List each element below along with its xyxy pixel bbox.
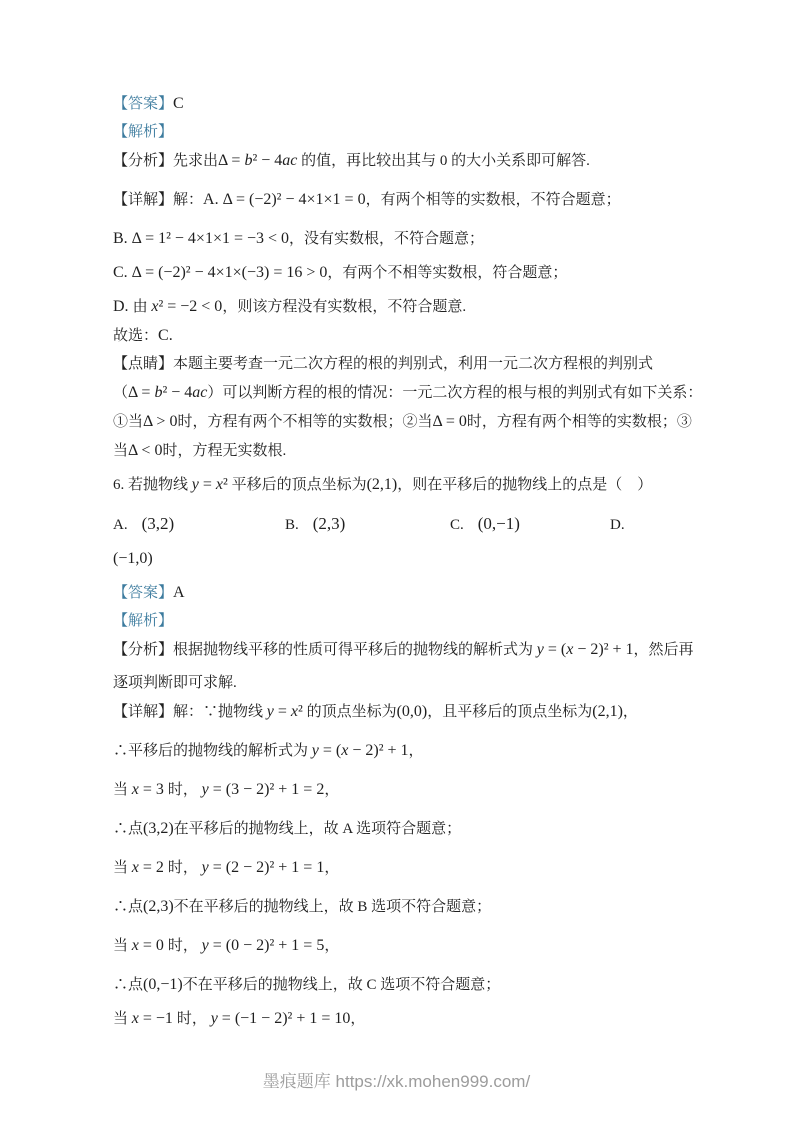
math-variable: x xyxy=(132,781,139,798)
math-segment: C. Δ = (−2)² − 4×1×(−3) = 16 > 0 xyxy=(113,264,327,281)
math-segment: = (2 − 2)² + 1 = 1 xyxy=(209,859,325,876)
text-segment: ， xyxy=(350,1011,365,1027)
text-segment: 时，方程有两个不相等的实数根；②当 xyxy=(177,414,432,430)
math-segment: = xyxy=(199,476,216,493)
fenxi-5-line: 【分析】先求出Δ = b² − 4ac 的值，再比较出其与 0 的大小关系即可解… xyxy=(113,149,685,173)
text-segment: 由 xyxy=(133,299,152,315)
math-variable: y xyxy=(267,703,274,720)
math-segment: ² − 4 xyxy=(252,152,282,169)
text-segment: 时，方程有两个相等的实数根；③ xyxy=(467,414,692,430)
text-segment: ，然后再 xyxy=(634,642,694,658)
section-label: 【答案】 xyxy=(113,585,173,601)
text-segment: 时， xyxy=(168,938,202,954)
option-value: (3,2) xyxy=(142,512,175,535)
math-segment: (2,1) xyxy=(367,476,398,493)
text-segment: 不在平移后的抛物线上，故 C 选项不符合题意； xyxy=(183,977,501,993)
math-segment: = ( xyxy=(544,641,566,658)
fenxi-6-line-2: 逐项判断即可求解. xyxy=(113,672,685,695)
text-segment: ）可以判断方程的根的情况：一元二次方程的根与根的判别式有如下关系： xyxy=(207,385,702,401)
xiangjie-6-line-6: ∴点(2,3)不在平移后的抛物线上，故 B 选项不符合题意； xyxy=(113,895,685,919)
text-segment: 【详解】解： xyxy=(113,192,203,208)
math-variable: y xyxy=(537,641,544,658)
math-segment: − 2)² + 1 xyxy=(573,641,633,658)
text-segment: 6. 若抛物线 xyxy=(113,477,192,493)
math-segment: (3,2) xyxy=(143,820,174,837)
text-segment: 当 xyxy=(113,860,132,876)
text-segment: ，没有实数根，不符合题意； xyxy=(289,231,484,247)
option-letter: D. xyxy=(610,514,625,537)
math-segment: A. Δ = (−2)² − 4×1×1 = 0 xyxy=(203,191,366,208)
text-segment: 平移后的顶点坐标为 xyxy=(228,477,367,493)
math-segment: = (3 − 2)² + 1 = 2 xyxy=(209,781,325,798)
text-segment: 时， xyxy=(168,782,202,798)
math-variable: y xyxy=(202,781,209,798)
math-segment: = (0 − 2)² + 1 = 5 xyxy=(209,937,325,954)
text-segment: 在平移后的抛物线上，故 A 选项符合题意； xyxy=(174,821,462,837)
text-segment: （ xyxy=(113,385,128,401)
math-segment: (−1,0) xyxy=(113,550,153,567)
section-label: 【解析】 xyxy=(113,613,173,629)
text-segment: ∴平移后的抛物线的解析式为 xyxy=(113,743,312,759)
option-d-value-line: (−1,0) xyxy=(113,547,685,571)
dianjing-5-line-4: 当Δ < 0时，方程无实数根. xyxy=(113,439,685,463)
math-segment: = ( xyxy=(319,742,341,759)
math-variable: x xyxy=(291,703,298,720)
math-segment: = 2 xyxy=(139,859,168,876)
option-c-analysis-line: C. Δ = (−2)² − 4×1×(−3) = 16 > 0，有两个不相等实… xyxy=(113,261,685,285)
xiangjie-5-option-a-line: 【详解】解：A. Δ = (−2)² − 4×1×1 = 0，有两个相等的实数根… xyxy=(113,188,685,212)
math-variable: x xyxy=(216,476,223,493)
math-segment: C. xyxy=(158,327,173,344)
math-variable: y xyxy=(211,1010,218,1027)
math-segment: = (−1 − 2)² + 1 = 10 xyxy=(218,1010,351,1027)
math-segment: Δ < 0 xyxy=(128,442,162,459)
text-segment: ，且平移后的顶点坐标为 xyxy=(427,704,592,720)
option-letter: C. xyxy=(450,514,464,537)
math-variable: y xyxy=(202,859,209,876)
math-segment: (2,3) xyxy=(143,898,174,915)
xiangjie-6-line-1: 【详解】解：∵抛物线 y = x² 的顶点坐标为(0,0)，且平移后的顶点坐标为… xyxy=(113,700,685,724)
option-b: B.(2,3) xyxy=(285,512,450,537)
text-segment: 当 xyxy=(113,443,128,459)
text-segment: ，有两个不相等实数根，符合题意； xyxy=(327,265,567,281)
text-segment: 故选： xyxy=(113,328,158,344)
math-variable: ac xyxy=(192,384,207,401)
text-segment: 当 xyxy=(113,938,132,954)
math-variable: x xyxy=(132,937,139,954)
text-segment: 【分析】先求出 xyxy=(113,153,218,169)
math-segment: Δ > 0 xyxy=(143,413,177,430)
xiangjie-6-line-8: ∴点(0,−1)不在平移后的抛物线上，故 C 选项不符合题意； xyxy=(113,973,685,997)
text-segment: ∴点 xyxy=(113,899,143,915)
math-segment: (2,1) xyxy=(592,703,623,720)
math-segment: ² = −2 < 0 xyxy=(158,298,222,315)
math-variable: x xyxy=(132,859,139,876)
text-segment: 时，方程无实数根. xyxy=(162,443,286,459)
math-segment: D. xyxy=(113,298,133,315)
text-segment: ①当 xyxy=(113,414,143,430)
math-segment: − 2)² + 1 xyxy=(348,742,408,759)
guxuan-5-line: 故选：C. xyxy=(113,324,685,348)
footer-site-url-text: 墨痕题库 https://xk.mohen999.com/ xyxy=(263,1072,530,1091)
text-segment: ， xyxy=(324,782,339,798)
math-segment: C xyxy=(173,95,184,112)
section-label: 【答案】 xyxy=(113,96,173,112)
text-segment: ， xyxy=(623,704,638,720)
fenxi-6-line-1: 【分析】根据抛物线平移的性质可得平移后的抛物线的解析式为 y = (x − 2)… xyxy=(113,638,685,662)
option-d: D. xyxy=(610,514,639,537)
option-letter: A. xyxy=(113,514,128,537)
text-segment: ，则该方程没有实数根，不符合题意. xyxy=(222,299,466,315)
math-segment: B. Δ = 1² − 4×1×1 = −3 < 0 xyxy=(113,230,289,247)
text-segment: 时， xyxy=(177,1011,211,1027)
text-segment: ， xyxy=(324,860,339,876)
math-variable: y xyxy=(312,742,319,759)
text-segment: 时， xyxy=(168,860,202,876)
text-segment: ∴点 xyxy=(113,977,143,993)
option-a: A.(3,2) xyxy=(113,512,285,537)
dianjing-5-line-2: （Δ = b² − 4ac）可以判断方程的根的情况：一元二次方程的根与根的判别式… xyxy=(113,381,685,405)
xiangjie-6-line-9: 当 x = −1 时， y = (−1 − 2)² + 1 = 10， xyxy=(113,1007,685,1031)
text-segment: ，有两个相等的实数根，不符合题意； xyxy=(366,192,621,208)
text-segment: 的值，再比较出其与 0 的大小关系即可解答. xyxy=(297,153,590,169)
exam-solution-content: 【答案】C【解析】【分析】先求出Δ = b² − 4ac 的值，再比较出其与 0… xyxy=(113,92,685,1031)
answer-5-line: 【答案】C xyxy=(113,92,685,116)
math-segment: = 0 xyxy=(139,937,168,954)
option-letter: B. xyxy=(285,514,299,537)
jiexi-6-line: 【解析】 xyxy=(113,610,685,633)
option-d-analysis-line: D. 由 x² = −2 < 0，则该方程没有实数根，不符合题意. xyxy=(113,295,685,319)
option-c: C.(0,−1) xyxy=(450,512,610,537)
math-segment: Δ = 0 xyxy=(432,413,466,430)
text-segment: 当 xyxy=(113,782,132,798)
math-segment: Δ = xyxy=(218,152,244,169)
text-segment: 【分析】根据抛物线平移的性质可得平移后的抛物线的解析式为 xyxy=(113,642,537,658)
math-segment: A xyxy=(173,584,185,601)
xiangjie-6-line-5: 当 x = 2 时， y = (2 − 2)² + 1 = 1， xyxy=(113,856,685,880)
math-segment: (0,0) xyxy=(397,703,428,720)
text-segment: 不在平移后的抛物线上，故 B 选项不符合题意； xyxy=(174,899,492,915)
xiangjie-6-line-3: 当 x = 3 时， y = (3 − 2)² + 1 = 2， xyxy=(113,778,685,802)
math-variable: y xyxy=(202,937,209,954)
xiangjie-6-line-4: ∴点(3,2)在平移后的抛物线上，故 A 选项符合题意； xyxy=(113,817,685,841)
math-segment: = xyxy=(274,703,291,720)
math-variable: x xyxy=(132,1010,139,1027)
text-segment: 当 xyxy=(113,1011,132,1027)
text-segment: 的顶点坐标为 xyxy=(303,704,397,720)
math-segment: = −1 xyxy=(139,1010,177,1027)
section-label: 【解析】 xyxy=(113,124,173,140)
dianjing-5-line-3: ①当Δ > 0时，方程有两个不相等的实数根；②当Δ = 0时，方程有两个相等的实… xyxy=(113,410,685,434)
math-segment: (0,−1) xyxy=(143,976,183,993)
math-variable: y xyxy=(192,476,199,493)
math-variable: ac xyxy=(282,152,297,169)
xiangjie-6-line-2: ∴平移后的抛物线的解析式为 y = (x − 2)² + 1， xyxy=(113,739,685,763)
math-segment: Δ = xyxy=(128,384,154,401)
text-segment: 【点睛】本题主要考查一元二次方程的根的判别式，利用一元二次方程根的判别式 xyxy=(113,356,653,372)
text-segment: ，则在平移后的抛物线上的点是（ ） xyxy=(397,477,652,493)
text-segment: ， xyxy=(409,743,424,759)
jiexi-5-line: 【解析】 xyxy=(113,121,685,144)
text-segment: 逐项判断即可求解. xyxy=(113,675,237,691)
option-value: (0,−1) xyxy=(478,512,520,535)
answer-6-line: 【答案】A xyxy=(113,581,685,605)
question-6-options-line: A.(3,2)B.(2,3)C.(0,−1)D. xyxy=(113,512,685,537)
option-value: (2,3) xyxy=(313,512,346,535)
dianjing-5-line-1: 【点睛】本题主要考查一元二次方程的根的判别式，利用一元二次方程根的判别式 xyxy=(113,353,685,376)
page-footer: 墨痕题库 https://xk.mohen999.com/ xyxy=(0,1067,793,1092)
math-segment: ² − 4 xyxy=(162,384,192,401)
question-6-stem-line: 6. 若抛物线 y = x² 平移后的顶点坐标为(2,1)，则在平移后的抛物线上… xyxy=(113,473,685,497)
xiangjie-6-line-7: 当 x = 0 时， y = (0 − 2)² + 1 = 5， xyxy=(113,934,685,958)
text-segment: 【详解】解：∵抛物线 xyxy=(113,704,267,720)
text-segment: ∴点 xyxy=(113,821,143,837)
text-segment: ， xyxy=(324,938,339,954)
option-b-analysis-line: B. Δ = 1² − 4×1×1 = −3 < 0，没有实数根，不符合题意； xyxy=(113,227,685,251)
math-segment: = 3 xyxy=(139,781,168,798)
